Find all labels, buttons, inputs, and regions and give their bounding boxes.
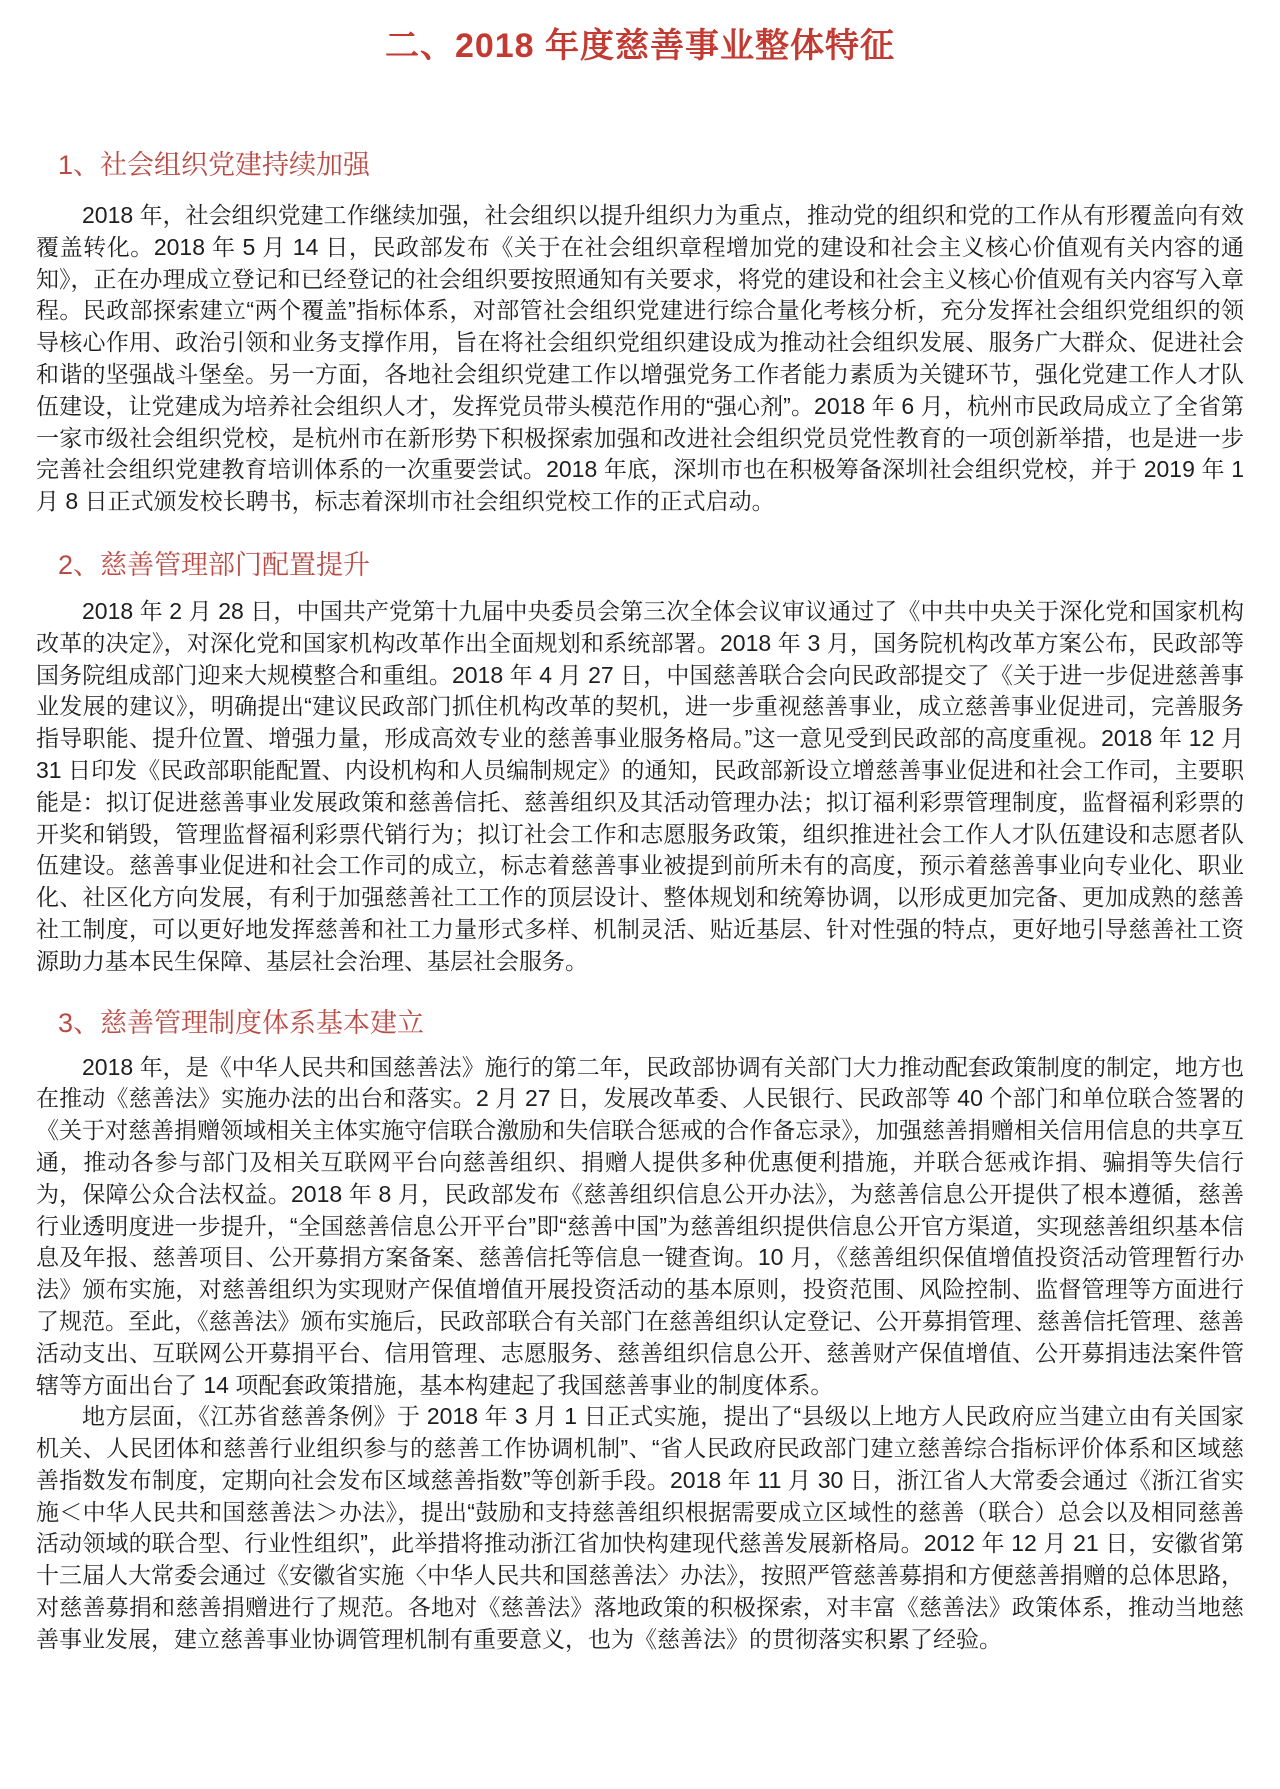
paragraph-section1: 2018 年，社会组织党建工作继续加强，社会组织以提升组织力为重点，推动党的组织… bbox=[36, 200, 1244, 518]
paragraph-section3-local: 地方层面，《江苏省慈善条例》于 2018 年 3 月 1 日正式实施，提出了“县… bbox=[36, 1401, 1244, 1655]
section-heading-1: 1、社会组织党建持续加强 bbox=[58, 148, 1244, 182]
section-charity-system: 3、慈善管理制度体系基本建立 2018 年，是《中华人民共和国慈善法》施行的第二… bbox=[36, 1006, 1244, 1656]
section-party-building: 1、社会组织党建持续加强 2018 年，社会组织党建工作继续加强，社会组织以提升… bbox=[36, 148, 1244, 518]
paragraph-section2: 2018 年 2 月 28 日，中国共产党第十九届中央委员会第三次全体会议审议通… bbox=[36, 596, 1244, 978]
section-heading-3: 3、慈善管理制度体系基本建立 bbox=[58, 1006, 1244, 1040]
section-heading-2: 2、慈善管理部门配置提升 bbox=[58, 548, 1244, 582]
section-charity-department: 2、慈善管理部门配置提升 2018 年 2 月 28 日，中国共产党第十九届中央… bbox=[36, 548, 1244, 978]
page-title: 二、2018 年度慈善事业整体特征 bbox=[36, 0, 1244, 66]
paragraph-section3-national: 2018 年，是《中华人民共和国慈善法》施行的第二年，民政部协调有关部门大力推动… bbox=[36, 1052, 1244, 1402]
document-page: 二、2018 年度慈善事业整体特征 1、社会组织党建持续加强 2018 年，社会… bbox=[0, 0, 1280, 1789]
